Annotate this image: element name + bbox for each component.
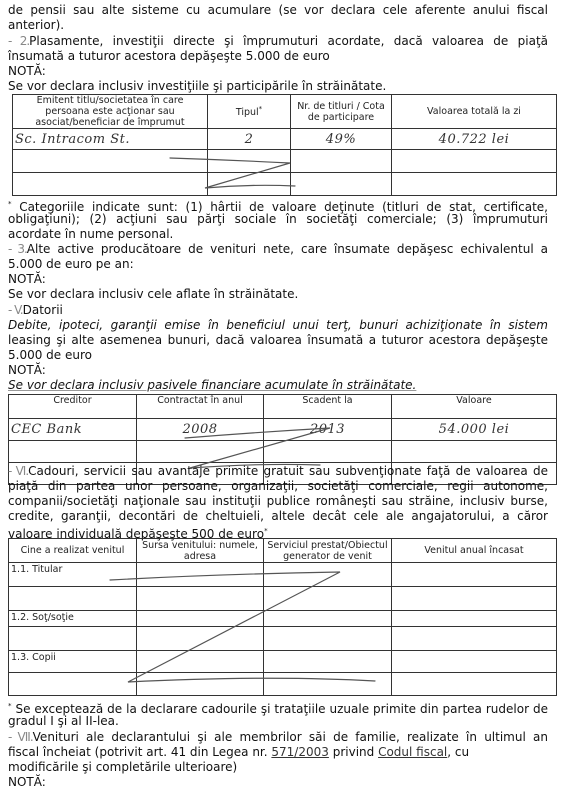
table-header-row: Creditor Contractat în anul Scadent la V… <box>9 395 557 419</box>
table-row-spouse: 1.2. Soţ/soţie <box>9 611 557 627</box>
cell-year: 2008 <box>137 419 264 441</box>
row-label: 1.2. Soţ/soţie <box>9 611 137 627</box>
cell-issuer: Sc. Intracom St. <box>13 129 208 150</box>
col-header: Valoare <box>392 395 557 419</box>
text-line: piaţă din partea unor persoane, organiza… <box>8 479 548 494</box>
footnote: acordate în nume personal. <box>8 227 548 242</box>
section-3-heading: - 3.Alte active producătoare de venituri… <box>8 242 548 257</box>
section-5-heading: - V.Datorii <box>8 303 548 318</box>
nota-text: Se vor declara inclusiv cele aflate în s… <box>8 287 548 302</box>
text-line: 5.000 de euro <box>8 348 548 363</box>
table-header-row: Emitent titlu/societatea în care persoan… <box>13 95 557 129</box>
col-header: Contractat în anul <box>137 395 264 419</box>
nota-label: NOTĂ: <box>8 363 548 378</box>
text-line: Debite, ipoteci, garanţii emise în benef… <box>8 318 548 333</box>
text-line: leasing şi alte asemenea bunuri, dacă va… <box>8 333 548 348</box>
col-header: Emitent titlu/societatea în care persoan… <box>13 95 208 129</box>
section-2-heading: - 2.Plasamente, investiţii directe şi îm… <box>8 34 548 49</box>
gifts-table: Cine a realizat venitul Sursa venitului:… <box>8 538 557 696</box>
table-row <box>9 587 557 611</box>
text-line: credite, garanţii, decontări de cheltuie… <box>8 509 548 524</box>
law-link[interactable]: 571/2003 <box>271 745 329 759</box>
cell-creditor: CEC Bank <box>9 419 137 441</box>
footnote: gradul I şi al II-lea. <box>8 714 548 729</box>
nota-label: NOTĂ: <box>8 775 548 790</box>
fiscal-code-link[interactable]: Codul fiscal <box>378 745 447 759</box>
table-header-row: Cine a realizat venitul Sursa venitului:… <box>9 539 557 563</box>
table-row <box>9 673 557 696</box>
cell-value: 40.722 lei <box>392 129 557 150</box>
nota-label: NOTĂ: <box>8 64 548 79</box>
row-label: 1.1. Titular <box>9 563 137 587</box>
col-header: Serviciul prestat/Obiectul generator de … <box>264 539 392 563</box>
table-row-children: 1.3. Copii <box>9 651 557 673</box>
col-header: Cine a realizat venitul <box>9 539 137 563</box>
nota-text: Se vor declara inclusiv pasivele financi… <box>8 378 548 393</box>
text-line: însumată a tuturor acestora depăşeşte 5.… <box>8 49 548 64</box>
cell-value: 54.000 lei <box>392 419 557 441</box>
cell-type: 2 <box>208 129 291 150</box>
col-header: Creditor <box>9 395 137 419</box>
text-line: companii/societăţi naţionale sau institu… <box>8 494 548 509</box>
text-line: anterior). <box>8 18 548 33</box>
nota-label: NOTĂ: <box>8 272 548 287</box>
text-line: modificările şi completările ulterioare) <box>8 760 548 775</box>
section-7-heading: - VII.Venituri ale declarantului şi ale … <box>8 730 548 745</box>
section-title: Plasamente, investiţii directe şi împrum… <box>29 34 548 48</box>
section-6-heading: - VI.Cadouri, servicii sau avantaje prim… <box>8 464 548 479</box>
nota-text: Se vor declara inclusiv investiţiile şi … <box>8 79 548 94</box>
table-row <box>9 627 557 651</box>
row-label: 1.3. Copii <box>9 651 137 673</box>
text-line: fiscal încheiat (potrivit art. 41 din Le… <box>8 745 548 760</box>
table-row-titular: 1.1. Titular <box>9 563 557 587</box>
table-row <box>13 173 557 196</box>
col-header: Tipul* <box>208 95 291 129</box>
text-line: de pensii sau alte sisteme cu acumulare … <box>8 3 548 18</box>
footnote: obligaţiuni); (2) acţiuni sau părţi soci… <box>8 212 548 227</box>
col-header: Nr. de titluri / Cota de participare <box>291 95 392 129</box>
col-header: Sursa venitului: numele, adresa <box>137 539 264 563</box>
table-row <box>13 150 557 173</box>
investments-table: Emitent titlu/societatea în care persoan… <box>12 94 557 196</box>
cell-share: 49% <box>291 129 392 150</box>
col-header: Valoarea totală la zi <box>392 95 557 129</box>
table-row: CEC Bank 2008 2013 54.000 lei <box>9 419 557 441</box>
col-header: Scadent la <box>264 395 392 419</box>
cell-due: 2013 <box>264 419 392 441</box>
section-marker: - 2. <box>8 34 29 48</box>
col-header: Venitul anual încasat <box>392 539 557 563</box>
table-row: Sc. Intracom St. 2 49% 40.722 lei <box>13 129 557 150</box>
table-row <box>9 441 557 463</box>
text-line: 5.000 de euro pe an: <box>8 257 548 272</box>
